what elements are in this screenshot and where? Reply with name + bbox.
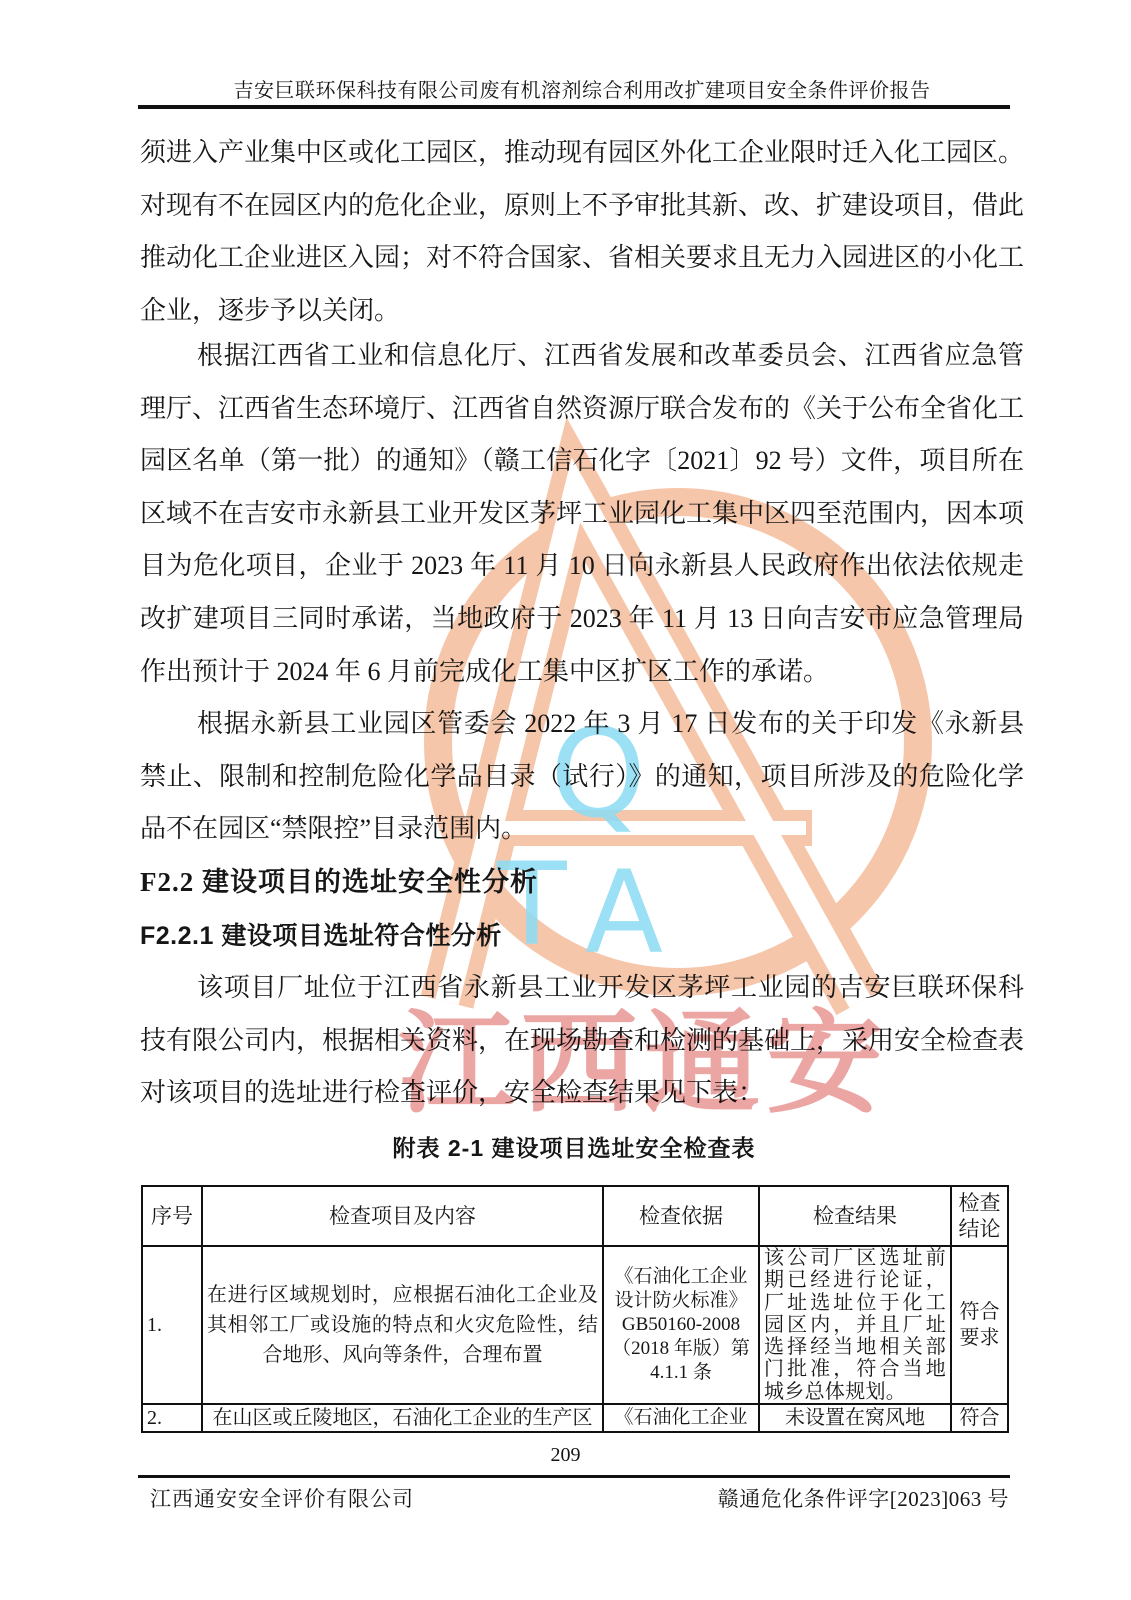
paragraph-1: 须进入产业集中区或化工园区，推动现有园区外化工企业限时迁入化工园区。对现有不在园…	[140, 127, 1024, 337]
footer-rule	[138, 1475, 1010, 1478]
cell-result: 未设置在窝风地	[759, 1404, 951, 1432]
paragraph-2: 根据江西省工业和信息化厅、江西省发展和改革委员会、江西省应急管理厅、江西省生态环…	[140, 330, 1024, 698]
col-header-conclusion: 检查结论	[951, 1186, 1008, 1246]
site-selection-check-table: 序号 检查项目及内容 检查依据 检查结果 检查结论 1. 在进行区域规划时，应根…	[141, 1185, 1009, 1433]
cell-result: 该公司厂区选址前期已经进行论证，厂址选址位于化工园区内，并且厂址选择经当地相关部…	[759, 1246, 951, 1404]
cell-no: 1.	[142, 1246, 202, 1404]
cell-basis: 《石油化工企业	[603, 1404, 759, 1432]
section-heading-f2-2-1: F2.2.1 建设项目选址符合性分析	[140, 916, 502, 952]
col-header-no: 序号	[142, 1186, 202, 1246]
col-header-basis: 检查依据	[603, 1186, 759, 1246]
red-text-watermark: 江西通安	[398, 1008, 889, 1120]
cell-no: 2.	[142, 1404, 202, 1432]
page-content: 吉安巨联环保科技有限公司废有机溶剂综合利用改扩建项目安全条件评价报告 须进入产业…	[0, 0, 1131, 1600]
footer-company: 江西通安安全评价有限公司	[150, 1483, 414, 1513]
cell-item: 在山区或丘陵地区，石油化工企业的生产区	[202, 1404, 603, 1432]
header-rule	[138, 105, 1010, 109]
col-header-item: 检查项目及内容	[202, 1186, 603, 1246]
cell-conclusion: 符合要求	[951, 1246, 1008, 1404]
table-row: 1. 在进行区域规划时，应根据石油化工企业及其相邻工厂或设施的特点和火灾危险性，…	[142, 1246, 1008, 1404]
page-number: 209	[0, 1444, 1131, 1467]
cell-conclusion: 符合	[951, 1404, 1008, 1432]
report-header-title: 吉安巨联环保科技有限公司废有机溶剂综合利用改扩建项目安全条件评价报告	[140, 74, 1024, 103]
table-row: 2. 在山区或丘陵地区，石油化工企业的生产区 《石油化工企业 未设置在窝风地 符…	[142, 1404, 1008, 1432]
table-caption: 附表 2-1 建设项目选址安全检查表	[140, 1130, 1008, 1163]
section-heading-f2-2: F2.2 建设项目的选址安全性分析	[140, 860, 538, 899]
cell-basis: 《石油化工企业设计防火标准》GB50160-2008（2018 年版）第 4.1…	[603, 1246, 759, 1404]
footer-doc-number: 赣通危化条件评字[2023]063 号	[718, 1483, 1009, 1513]
cell-item: 在进行区域规划时，应根据石油化工企业及其相邻工厂或设施的特点和火灾危险性，结合地…	[202, 1246, 603, 1404]
table-header-row: 序号 检查项目及内容 检查依据 检查结果 检查结论	[142, 1186, 1008, 1246]
paragraph-3: 根据永新县工业园区管委会 2022 年 3 月 17 日发布的关于印发《永新县禁…	[140, 698, 1024, 856]
col-header-result: 检查结果	[759, 1186, 951, 1246]
document-page: Q T A 吉安巨联环保科技有限公司废有机溶剂综合利用改扩建项目安全条件评价报告…	[0, 0, 1131, 1600]
